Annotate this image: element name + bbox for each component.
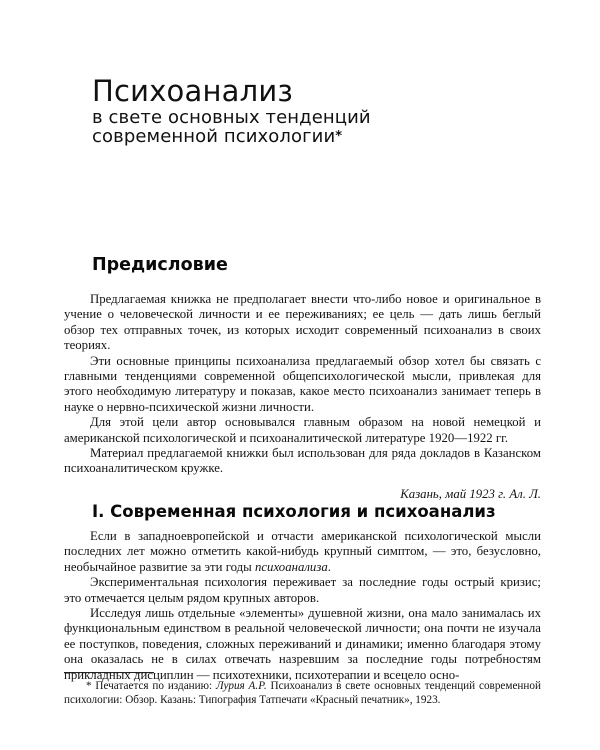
section-1-paragraph-1-end: . [328, 560, 331, 574]
chapter-subtitle-line-2: современной психологии* [92, 127, 371, 146]
preface-paragraph-2: Эти основные принципы психоанализа предл… [64, 354, 541, 416]
section-1-heading: I. Современная психология и психоанализ [92, 502, 496, 521]
section-1-paragraph-2: Экспериментальная психология переживает … [64, 575, 541, 606]
footnote-lead: Печатается по изданию: [92, 680, 216, 692]
emphasis-psychoanalysis: психоанализа [255, 560, 328, 574]
chapter-title: Психоанализ [92, 74, 371, 108]
footnote-text: * Печатается по изданию: Лурия А.Р. Псих… [64, 680, 541, 707]
chapter-subtitle-line-1: в свете основных тенденций [92, 108, 371, 127]
preface-body: Предлагаемая книжка не предполагает внес… [64, 292, 541, 502]
section-1-paragraph-1: Если в западноевропейской и отчасти амер… [64, 529, 541, 575]
preface-paragraph-1: Предлагаемая книжка не предполагает внес… [64, 292, 541, 354]
footnote-divider [64, 672, 154, 673]
chapter-subtitle-text: современной психологии [92, 126, 335, 147]
footnote: * Печатается по изданию: Лурия А.Р. Псих… [64, 680, 541, 707]
chapter-title-block: Психоанализ в свете основных тенденций с… [92, 74, 371, 146]
footnote-reference-marker: * [335, 129, 342, 144]
section-1-body: Если в западноевропейской и отчасти амер… [64, 529, 541, 683]
preface-paragraph-3: Для этой цели автор основывался главным … [64, 415, 541, 446]
preface-signature: Казань, май 1923 г. Ал. Л. [64, 487, 541, 502]
book-page: Психоанализ в свете основных тенденций с… [0, 0, 600, 750]
preface-heading: Предисловие [92, 255, 228, 275]
footnote-author: Лурия А.Р. [216, 680, 267, 692]
preface-paragraph-4: Материал предлагаемой книжки был использ… [64, 446, 541, 477]
